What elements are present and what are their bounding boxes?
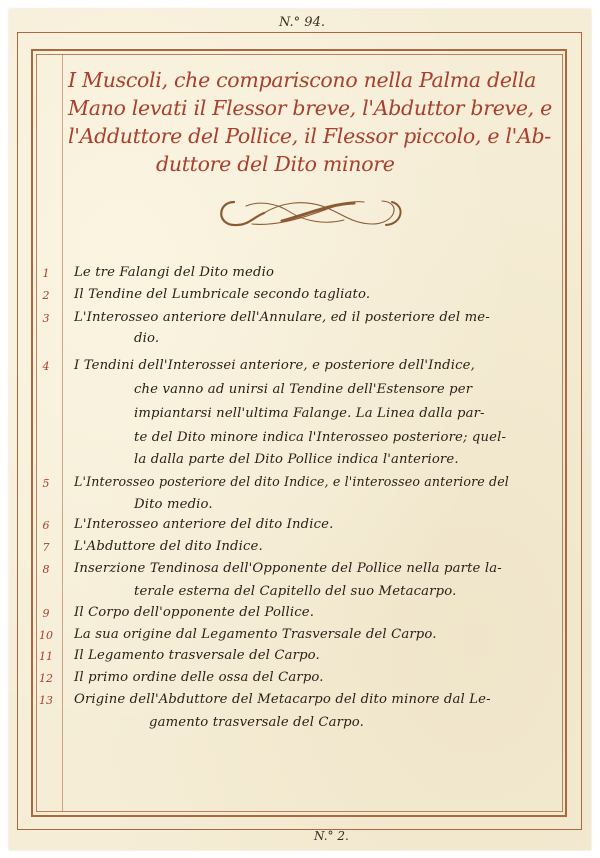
frame-inner-right — [565, 49, 567, 817]
entry-number: 8 — [31, 563, 61, 576]
frame-innermost-top — [36, 54, 563, 55]
entry-number: 13 — [31, 694, 61, 707]
entry-text: la dalla parte del Dito Pollice indica l… — [134, 452, 459, 467]
frame-innermost-bottom — [36, 811, 563, 812]
entry-text: L'Interosseo posteriore del dito Indice,… — [74, 474, 509, 489]
title-line: I Muscoli, che compariscono nella Palma … — [68, 66, 564, 94]
entry-text: Le tre Falangi del Dito medio — [74, 265, 274, 280]
entry-text: Il Tendine del Lumbricale secondo taglia… — [74, 287, 370, 302]
frame-outer-left — [17, 32, 18, 830]
entry-text: terale esterna del Capitello del suo Met… — [134, 584, 456, 599]
entry-number: 3 — [31, 312, 61, 325]
entry-number: 10 — [31, 629, 61, 642]
frame-outer-right — [581, 32, 582, 830]
entry-number: 9 — [31, 607, 61, 620]
manuscript-page: N.° 94. I Muscoli, che compariscono nell… — [9, 9, 591, 850]
entry-text: Il Corpo dell'opponente del Pollice. — [74, 605, 314, 620]
entry-number: 5 — [31, 477, 61, 490]
entry-text: Inserzione Tendinosa dell'Opponente del … — [74, 561, 502, 576]
entry-text: Il Legamento trasversale del Carpo. — [74, 648, 320, 663]
entry-number: 12 — [31, 672, 61, 685]
entry-text: impiantarsi nell'ultima Falange. La Line… — [134, 406, 485, 421]
entry-text: gamento trasversale del Carpo. — [149, 715, 364, 730]
footer-folio-number: N.° 2. — [314, 829, 349, 843]
header-folio-number: N.° 94. — [279, 15, 325, 30]
entry-text: che vanno ad unirsi al Tendine dell'Este… — [134, 382, 472, 397]
frame-inner-bottom — [31, 815, 567, 817]
entry-text: Dito medio. — [134, 497, 213, 512]
entry-number: 2 — [31, 289, 61, 302]
entry-text: L'Interosseo anteriore del dito Indice. — [74, 517, 333, 532]
entry-number: 4 — [31, 360, 61, 373]
margin-rule — [62, 54, 63, 812]
entry-number: 7 — [31, 541, 61, 554]
entry-text: dio. — [134, 331, 159, 346]
title-line: Mano levati il Flessor breve, l'Abduttor… — [68, 94, 564, 122]
entry-text: I Tendini dell'Interossei anteriore, e p… — [74, 358, 475, 373]
document-title: I Muscoli, che compariscono nella Palma … — [68, 66, 564, 178]
frame-inner-top — [31, 49, 567, 51]
entry-text: Il primo ordine delle ossa del Carpo. — [74, 670, 324, 685]
entry-text: Origine dell'Abduttore del Metacarpo del… — [74, 692, 491, 707]
title-line: l'Adduttore del Pollice, il Flessor picc… — [68, 122, 564, 150]
entry-number: 11 — [31, 650, 61, 663]
entry-text: La sua origine dal Legamento Trasversale… — [74, 627, 437, 642]
entry-text: L'Abduttore del dito Indice. — [74, 539, 263, 554]
flourish-ornament-icon — [212, 194, 408, 232]
frame-outer-bottom — [17, 829, 582, 830]
entry-number: 1 — [31, 267, 61, 280]
title-line: duttore del Dito minore — [68, 150, 564, 178]
frame-outer-top — [17, 32, 582, 33]
entry-number: 6 — [31, 519, 61, 532]
entry-text: L'Interosseo anteriore dell'Annulare, ed… — [74, 310, 490, 325]
entry-text: te del Dito minore indica l'Interosseo p… — [134, 430, 506, 445]
